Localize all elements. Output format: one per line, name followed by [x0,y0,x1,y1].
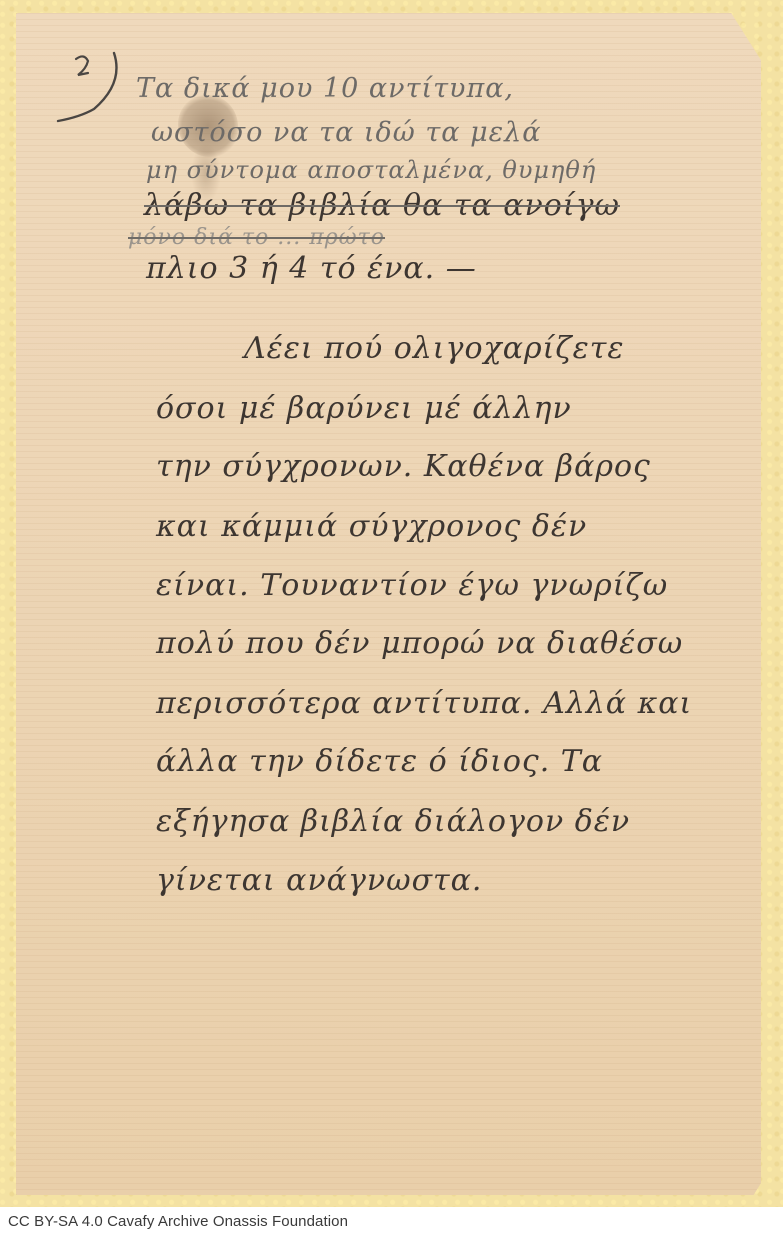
ink-line-12: γίνεται ανάγνωστα. [156,863,482,898]
ink-line-11: εξήγησα βιβλία διάλογον δέν [156,804,630,839]
pencil-line-2: ωστόσο να τα ιδώ τα μελά [151,117,541,148]
ink-line-4: όσοι μέ βαρύνει μέ άλλην [156,391,572,426]
scanned-mount: Τα δικά μου 10 αντίτυπα, ωστόσο να τα ιδ… [0,0,783,1207]
ink-line-1: λάβω τα βιβλία θα τα ανοίγω [144,188,620,223]
ink-line-9: περισσότερα αντίτυπα. Αλλά και [156,686,692,721]
pencil-line-1: Τα δικά μου 10 αντίτυπα, [136,73,514,104]
struck-pencil-line: μόνο διά το ... πρώτο [128,225,385,250]
ink-line-8: πολύ που δέν μπορώ να διαθέσω [156,626,683,661]
ink-line-6: και κάμμιά σύγχρονος δέν [156,509,587,544]
ink-line-3: Λέει πού ολιγοχαρίζετε [244,331,624,366]
ink-line-7: είναι. Τουναντίον έγω γνωρίζω [156,568,668,603]
page-number-mark [54,51,124,131]
ink-line-2: πλιο 3 ή 4 τό ένα. — [146,251,477,286]
manuscript-paper: Τα δικά μου 10 αντίτυπα, ωστόσο να τα ιδ… [16,13,761,1195]
ink-line-10: άλλα την δίδετε ό ίδιος. Τα [156,744,603,779]
ink-line-5: την σύγχρονων. Καθένα βάρος [156,449,651,484]
pencil-line-3: μη σύντομα αποσταλμένα, θυμηθή [146,156,596,184]
license-caption: CC BY-SA 4.0 Cavafy Archive Onassis Foun… [8,1213,348,1230]
